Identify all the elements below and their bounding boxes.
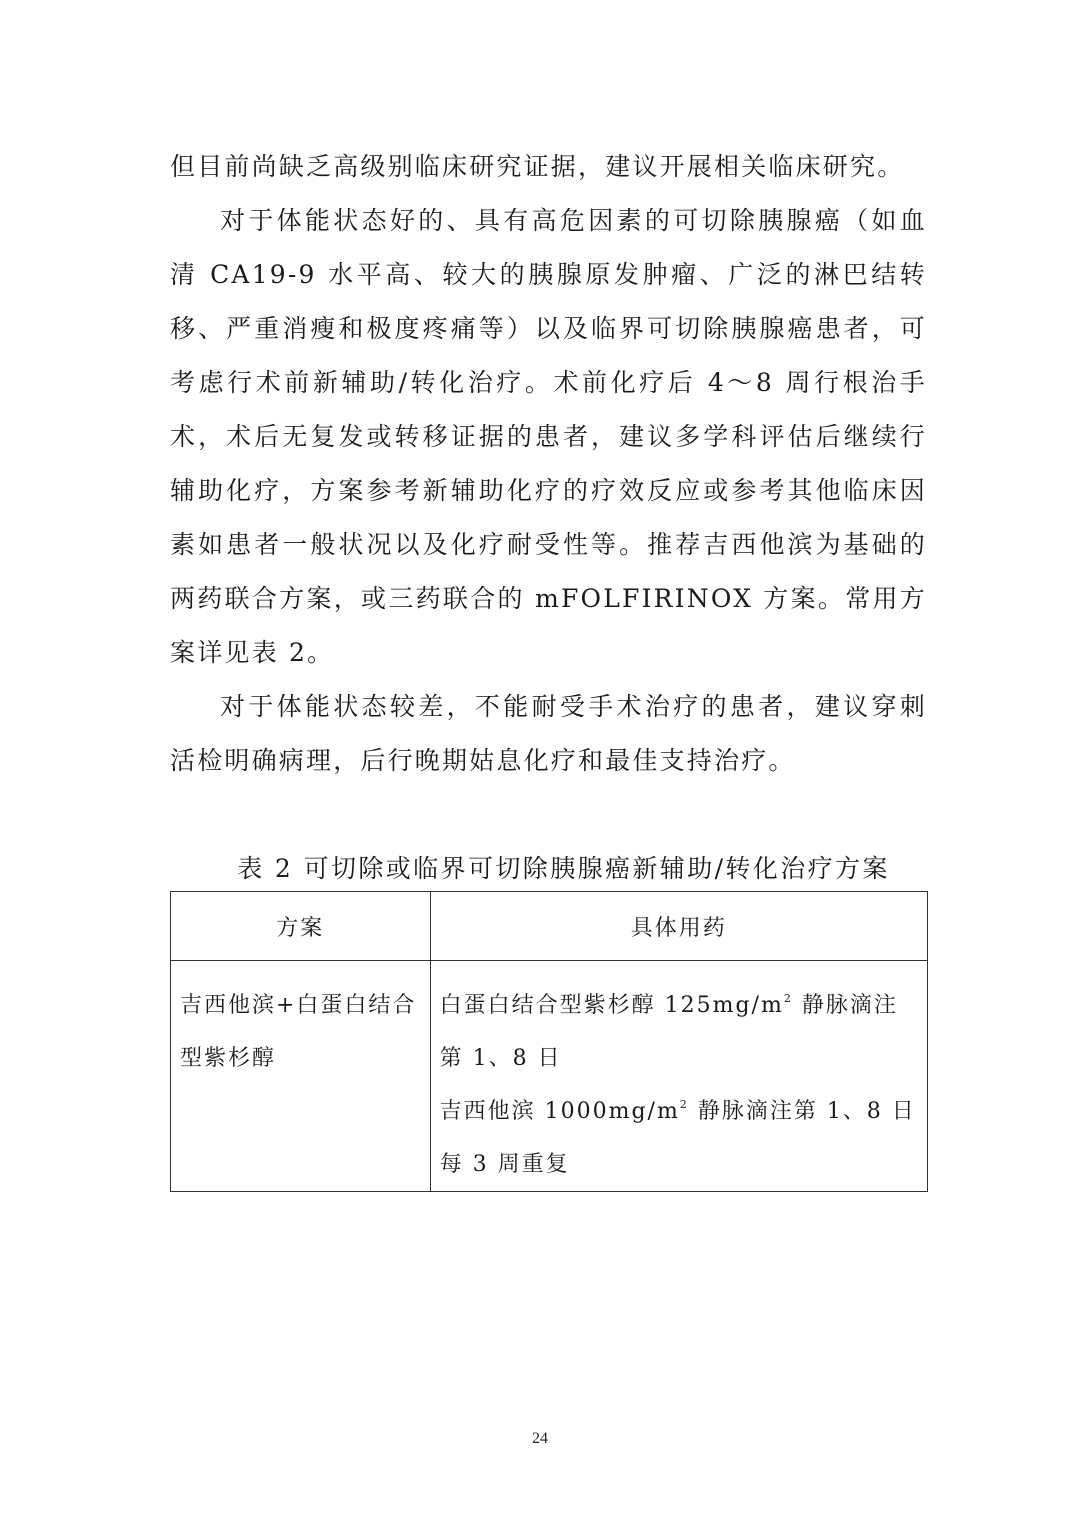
drug-line-cycle: 每 3 周重复 (440, 1138, 919, 1191)
cell-drugs: 白蛋白结合型紫杉醇 125mg/m2 静脉滴注第 1、8 日 吉西他滨 1000… (430, 961, 927, 1192)
paragraph-1: 但目前尚缺乏高级别临床研究证据，建议开展相关临床研究。 (170, 140, 927, 194)
header-plan: 方案 (171, 892, 431, 961)
table-header-row: 方案 具体用药 (171, 892, 928, 961)
drug-text: 每 3 周重复 (440, 1152, 570, 1177)
document-page: 但目前尚缺乏高级别临床研究证据，建议开展相关临床研究。 对于体能状态好的、具有高… (0, 0, 1080, 1527)
header-drugs: 具体用药 (430, 892, 927, 961)
table-row: 吉西他滨+白蛋白结合型紫杉醇 白蛋白结合型紫杉醇 125mg/m2 静脉滴注第 … (171, 961, 928, 1192)
drug-line-paclitaxel: 白蛋白结合型紫杉醇 125mg/m2 静脉滴注第 1、8 日 (440, 979, 919, 1085)
paragraph-2: 对于体能状态好的、具有高危因素的可切除胰腺癌（如血清 CA19-9 水平高、较大… (170, 194, 927, 680)
drug-text: 白蛋白结合型紫杉醇 125mg/m (440, 993, 784, 1018)
body-text: 但目前尚缺乏高级别临床研究证据，建议开展相关临床研究。 对于体能状态好的、具有高… (170, 140, 927, 788)
superscript: 2 (784, 992, 793, 1005)
cell-plan: 吉西他滨+白蛋白结合型紫杉醇 (171, 961, 431, 1192)
drug-line-gemcitabine: 吉西他滨 1000mg/m2 静脉滴注第 1、8 日 (440, 1085, 919, 1138)
drug-text: 吉西他滨 1000mg/m (440, 1099, 680, 1124)
table-caption: 表 2 可切除或临界可切除胰腺癌新辅助/转化治疗方案 (170, 846, 927, 892)
paragraph-3: 对于体能状态较差，不能耐受手术治疗的患者，建议穿刺活检明确病理，后行晚期姑息化疗… (170, 680, 927, 788)
regimen-table: 方案 具体用药 吉西他滨+白蛋白结合型紫杉醇 白蛋白结合型紫杉醇 125mg/m… (170, 891, 928, 1192)
page-number: 24 (0, 1430, 1080, 1448)
superscript: 2 (680, 1098, 689, 1111)
drug-text: 静脉滴注第 1、8 日 (689, 1099, 916, 1124)
